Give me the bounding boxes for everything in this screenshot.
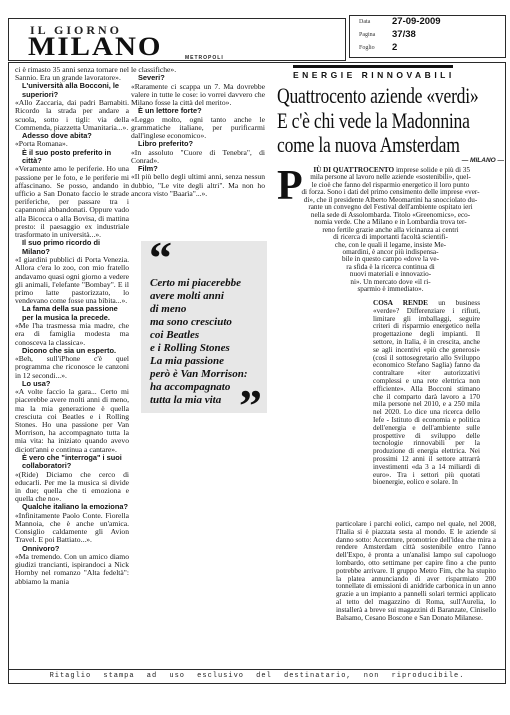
interview-paragraph: Il suo primo ricordo di Milano? [15, 239, 129, 256]
pull-quote-line: avere molti anni [150, 290, 264, 303]
footer-notice: Ritaglio stampa ad uso esclusivo del des… [9, 672, 505, 680]
pull-quote-line: di meno [150, 303, 264, 316]
interview-paragraph: «Veramente amo le periferie. Ho una pass… [15, 165, 129, 239]
article-body-wide: particolare i parchi eolici, campo nel q… [336, 521, 496, 622]
interview-column-1: ci è rimasto 35 anni senza tornare nel S… [15, 66, 129, 664]
article-body-narrow: COSA RENDE un business «verde»? Differen… [373, 300, 480, 487]
article-frame: ci è rimasto 35 anni senza tornare nel S… [8, 62, 506, 670]
meta-row: Pagina 37/38 [350, 29, 505, 42]
interview-paragraph: «Beh, sull'iPhone c'è quel programma che… [15, 355, 129, 380]
pull-quote-panel: “ Certo mi piacerebbeavere molti annidi … [141, 241, 267, 413]
meta-row: Data 27-09-2009 [350, 16, 505, 29]
headline-line: come la nuova Amsterdam [277, 133, 504, 158]
article-headline: Quattrocento aziende «verdi»E c'è chi ve… [277, 84, 504, 158]
intro-lines-wrap: mila persone al lavoro nelle aziende «so… [277, 174, 504, 293]
close-quote-icon: ” [239, 383, 262, 429]
headline-line: E c'è chi vede la Madonnina [277, 109, 504, 134]
meta-label: Data [359, 19, 370, 25]
pull-quote-line: ma sono cresciuto [150, 316, 264, 329]
clipping-meta-box: Data 27-09-2009 Pagina 37/38 Foglio 2 [349, 15, 506, 58]
headline-line: Quattrocento aziende «verdi» [277, 84, 504, 109]
meta-label: Pagina [359, 32, 375, 38]
meta-value: 37/38 [392, 29, 416, 40]
meta-row: Foglio 2 [350, 42, 505, 55]
interview-paragraph: «A volte faccio la gara... Certo mi piac… [15, 388, 129, 454]
intro-line: sparmio è immediato». [277, 286, 504, 293]
interview-paragraph: «Il più bello degli ultimi anni, senza n… [131, 173, 265, 198]
pull-quote-line: e i Rolling Stones [150, 342, 264, 355]
section-kicker: ENERGIE RINNOVABILI [293, 70, 453, 80]
article-intro-funnel: IÙ DI QUATTROCENTO imprese solide e più … [277, 167, 504, 294]
interview-paragraph: «Infinitamente Paolo Conte. Fiorella Man… [15, 512, 129, 545]
interview-column-2: le classifiche».Severi?«Raramente ci sca… [131, 66, 265, 238]
masthead-logo-box: IL GIORNO MILANO METROPOLI [8, 18, 346, 61]
interview-paragraph: È vero che "interroga" i suoi collaborat… [15, 454, 129, 471]
meta-value: 27-09-2009 [392, 16, 441, 27]
open-quote-icon: “ [149, 235, 172, 281]
kicker-rule [293, 65, 453, 68]
footer-strip: Ritaglio stampa ad uso esclusivo del des… [8, 669, 506, 684]
article-dateline: — MILANO — [277, 157, 504, 164]
body-narrow-text: un business «verde»? Differenziare i rif… [373, 299, 480, 486]
interview-paragraph: «Ma tremendo. Con un amico diamo giudizi… [15, 553, 129, 586]
interview-paragraph: ci è rimasto 35 anni senza tornare nel S… [15, 66, 129, 82]
masthead-title-suffix: METROPOLI [185, 55, 224, 61]
interview-paragraph: «Allo Zaccaria, dai padri Barnabiti. Ric… [15, 99, 129, 132]
interview-paragraph: È il suo posto preferito in città? [15, 149, 129, 166]
pull-quote-line: La mia passione [150, 355, 264, 368]
newspaper-clipping-page: IL GIORNO MILANO METROPOLI Data 27-09-20… [0, 0, 510, 715]
meta-label: Foglio [359, 45, 375, 51]
body-lead-bold: COSA RENDE [373, 299, 428, 307]
interview-paragraph: L'università alla Bocconi, le superiori? [15, 82, 129, 99]
meta-value: 2 [392, 42, 397, 53]
interview-paragraph: «(Ride) Diciamo che cerco di educarli. P… [15, 471, 129, 504]
pull-quote-line: Certo mi piacerebbe [150, 277, 264, 290]
interview-paragraph: La fama della sua passione per la musica… [15, 305, 129, 322]
interview-paragraph: «Leggo molto, ogni tanto anche le gramma… [131, 116, 265, 141]
interview-paragraph: «Raramente ci scappa un 7. Ma dovrebbe v… [131, 83, 265, 108]
pull-quote-line: coi Beatles [150, 329, 264, 342]
interview-paragraph: «In assoluto "Cuore di Tenebra", di Conr… [131, 149, 265, 165]
interview-paragraph: «Me l'ha trasmessa mia madre, che era di… [15, 322, 129, 347]
masthead-title-main: MILANO [28, 32, 162, 62]
interview-paragraph: «I giardini pubblici di Porta Venezia. A… [15, 256, 129, 305]
